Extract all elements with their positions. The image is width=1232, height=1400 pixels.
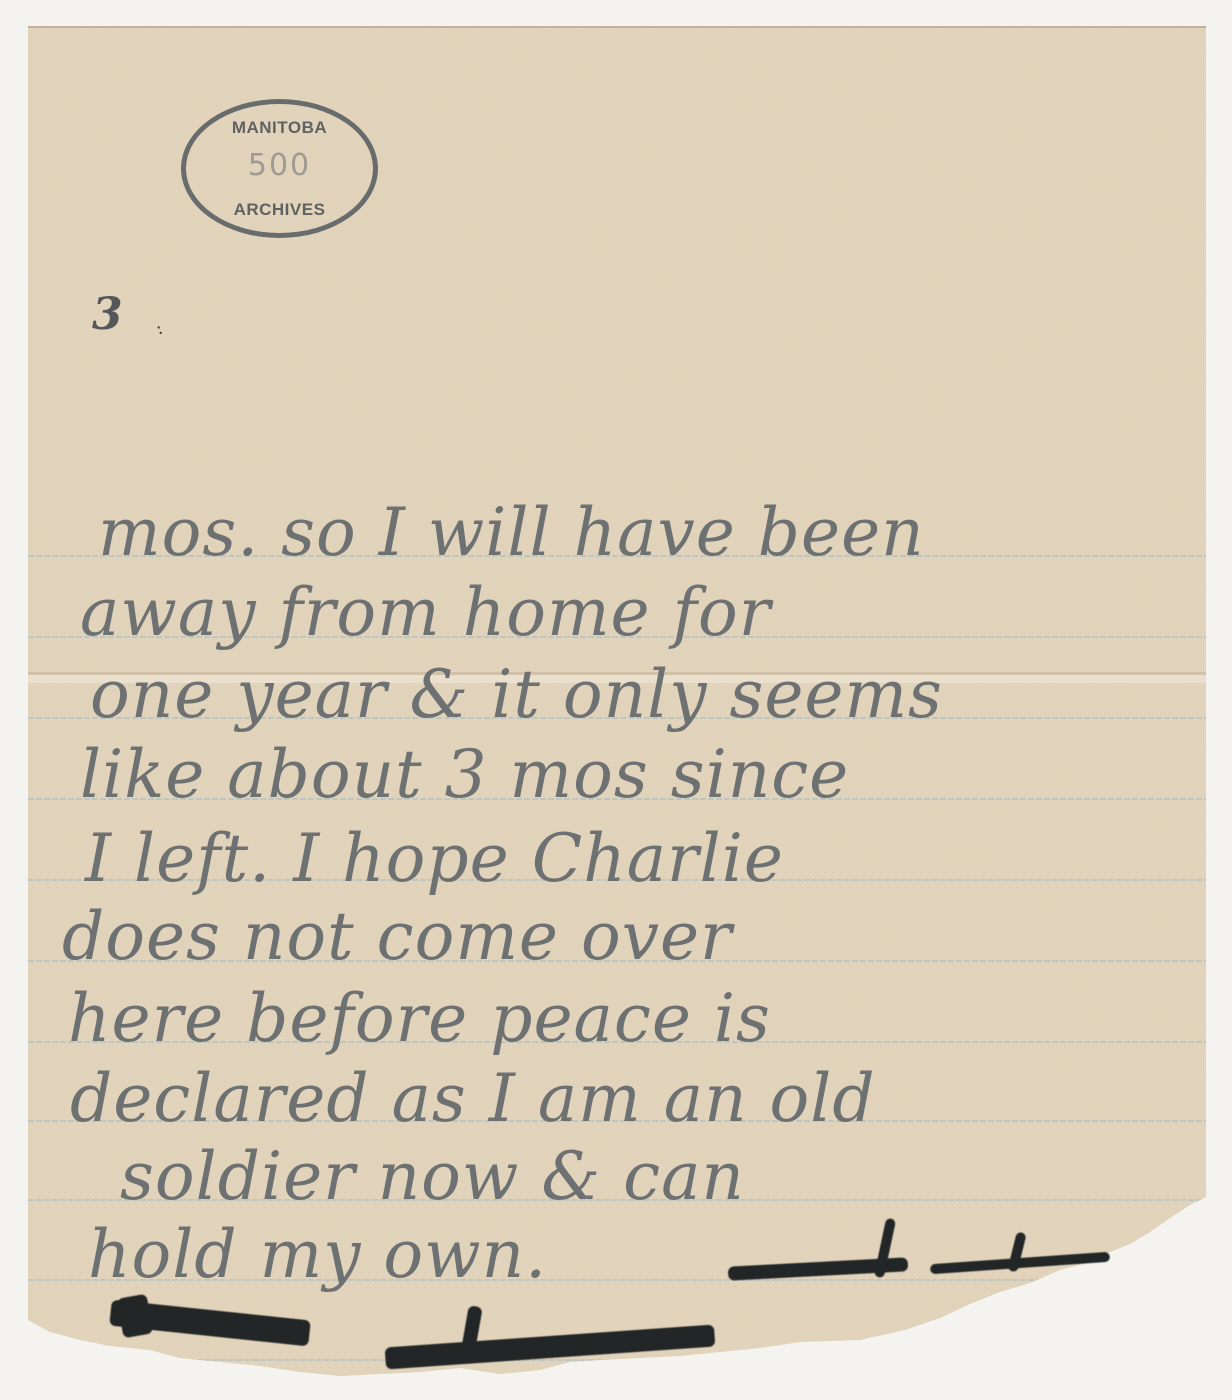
page-number: 3 xyxy=(92,293,123,337)
letter-line: like about 3 mos since xyxy=(80,742,849,808)
letter-line: one year & it only seems xyxy=(90,662,943,728)
stamp-top-text: MANITOBA xyxy=(186,118,373,138)
letter-line: soldier now & can xyxy=(120,1144,745,1210)
stamp-bottom-text: ARCHIVES xyxy=(186,200,373,220)
letter-line: mos. so I will have been xyxy=(98,500,925,566)
scanned-document: MANITOBA 500 ARCHIVES 3 : mos. so I will… xyxy=(0,0,1232,1400)
letter-line: hold my own. xyxy=(88,1222,547,1288)
letter-line: here before peace is xyxy=(68,986,771,1052)
letter-line: does not come over xyxy=(62,904,733,970)
archive-stamp: MANITOBA 500 ARCHIVES xyxy=(181,99,378,238)
letter-line: declared as I am an old xyxy=(70,1066,876,1132)
stamp-number: 500 xyxy=(186,148,373,183)
letter-line: away from home for xyxy=(80,580,771,646)
letter-line: I left. I hope Charlie xyxy=(85,826,784,892)
